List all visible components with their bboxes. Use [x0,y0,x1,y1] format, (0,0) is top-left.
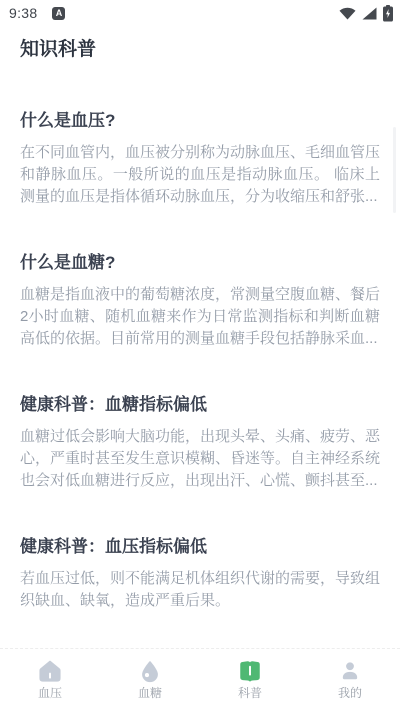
tab-profile[interactable]: 我的 [300,649,400,711]
tab-blood-pressure[interactable]: 血压 [0,649,100,711]
section-body: 血糖是指血液中的葡萄糖浓度，常测量空腹血糖、餐后2小时血糖、随机血糖来作为日常监… [20,284,380,350]
app-notification-badge: A [52,7,65,20]
section-body: 在不同血管内，血压被分别称为动脉血压、毛细血管压和静脉血压。一般所说的血压是指动… [20,142,380,208]
article-what-is-blood-pressure[interactable]: 什么是血压? 在不同血管内，血压被分别称为动脉血压、毛细血管压和静脉血压。一般所… [20,112,380,208]
status-bar: 9:38 A [0,0,400,24]
section-body: 若血压过低，则不能满足机体组织代谢的需要，导致组织缺血、缺氧，造成严重后果。 [20,568,380,612]
drop-icon [137,658,163,684]
user-icon [337,658,363,684]
cellular-signal-icon [362,7,377,20]
clock-text: 9:38 [9,5,37,21]
section-title: 什么是血糖? [20,254,380,271]
tab-label: 科普 [238,687,262,699]
tab-label: 我的 [338,687,362,699]
battery-charging-icon [383,5,393,22]
status-icons [339,5,393,22]
home-icon [37,658,63,684]
article-what-is-blood-sugar[interactable]: 什么是血糖? 血糖是指血液中的葡萄糖浓度，常测量空腹血糖、餐后2小时血糖、随机血… [20,254,380,350]
section-body: 血糖过低会影响大脑功能，出现头晕、头痛、疲劳、恶心，严重时甚至发生意识模糊、昏迷… [20,426,380,492]
article-list: 什么是血压? 在不同血管内，血压被分别称为动脉血压、毛细血管压和静脉血压。一般所… [0,112,400,612]
tab-label: 血糖 [138,687,162,699]
section-title: 健康科普：血糖指标偏低 [20,396,380,413]
tab-blood-sugar[interactable]: 血糖 [100,649,200,711]
page-title: 知识科普 [20,39,380,61]
section-title: 健康科普：血压指标偏低 [20,538,380,555]
scrollbar[interactable] [393,127,396,213]
tab-bar: 血压 血糖 科普 我的 [0,648,400,711]
section-title: 什么是血压? [20,112,380,129]
article-low-blood-sugar[interactable]: 健康科普：血糖指标偏低 血糖过低会影响大脑功能，出现头晕、头痛、疲劳、恶心，严重… [20,396,380,492]
book-icon [237,658,263,684]
article-low-blood-pressure[interactable]: 健康科普：血压指标偏低 若血压过低，则不能满足机体组织代谢的需要，导致组织缺血、… [20,538,380,612]
tab-label: 血压 [38,687,62,699]
tab-science[interactable]: 科普 [200,649,300,711]
wifi-icon [339,7,356,20]
